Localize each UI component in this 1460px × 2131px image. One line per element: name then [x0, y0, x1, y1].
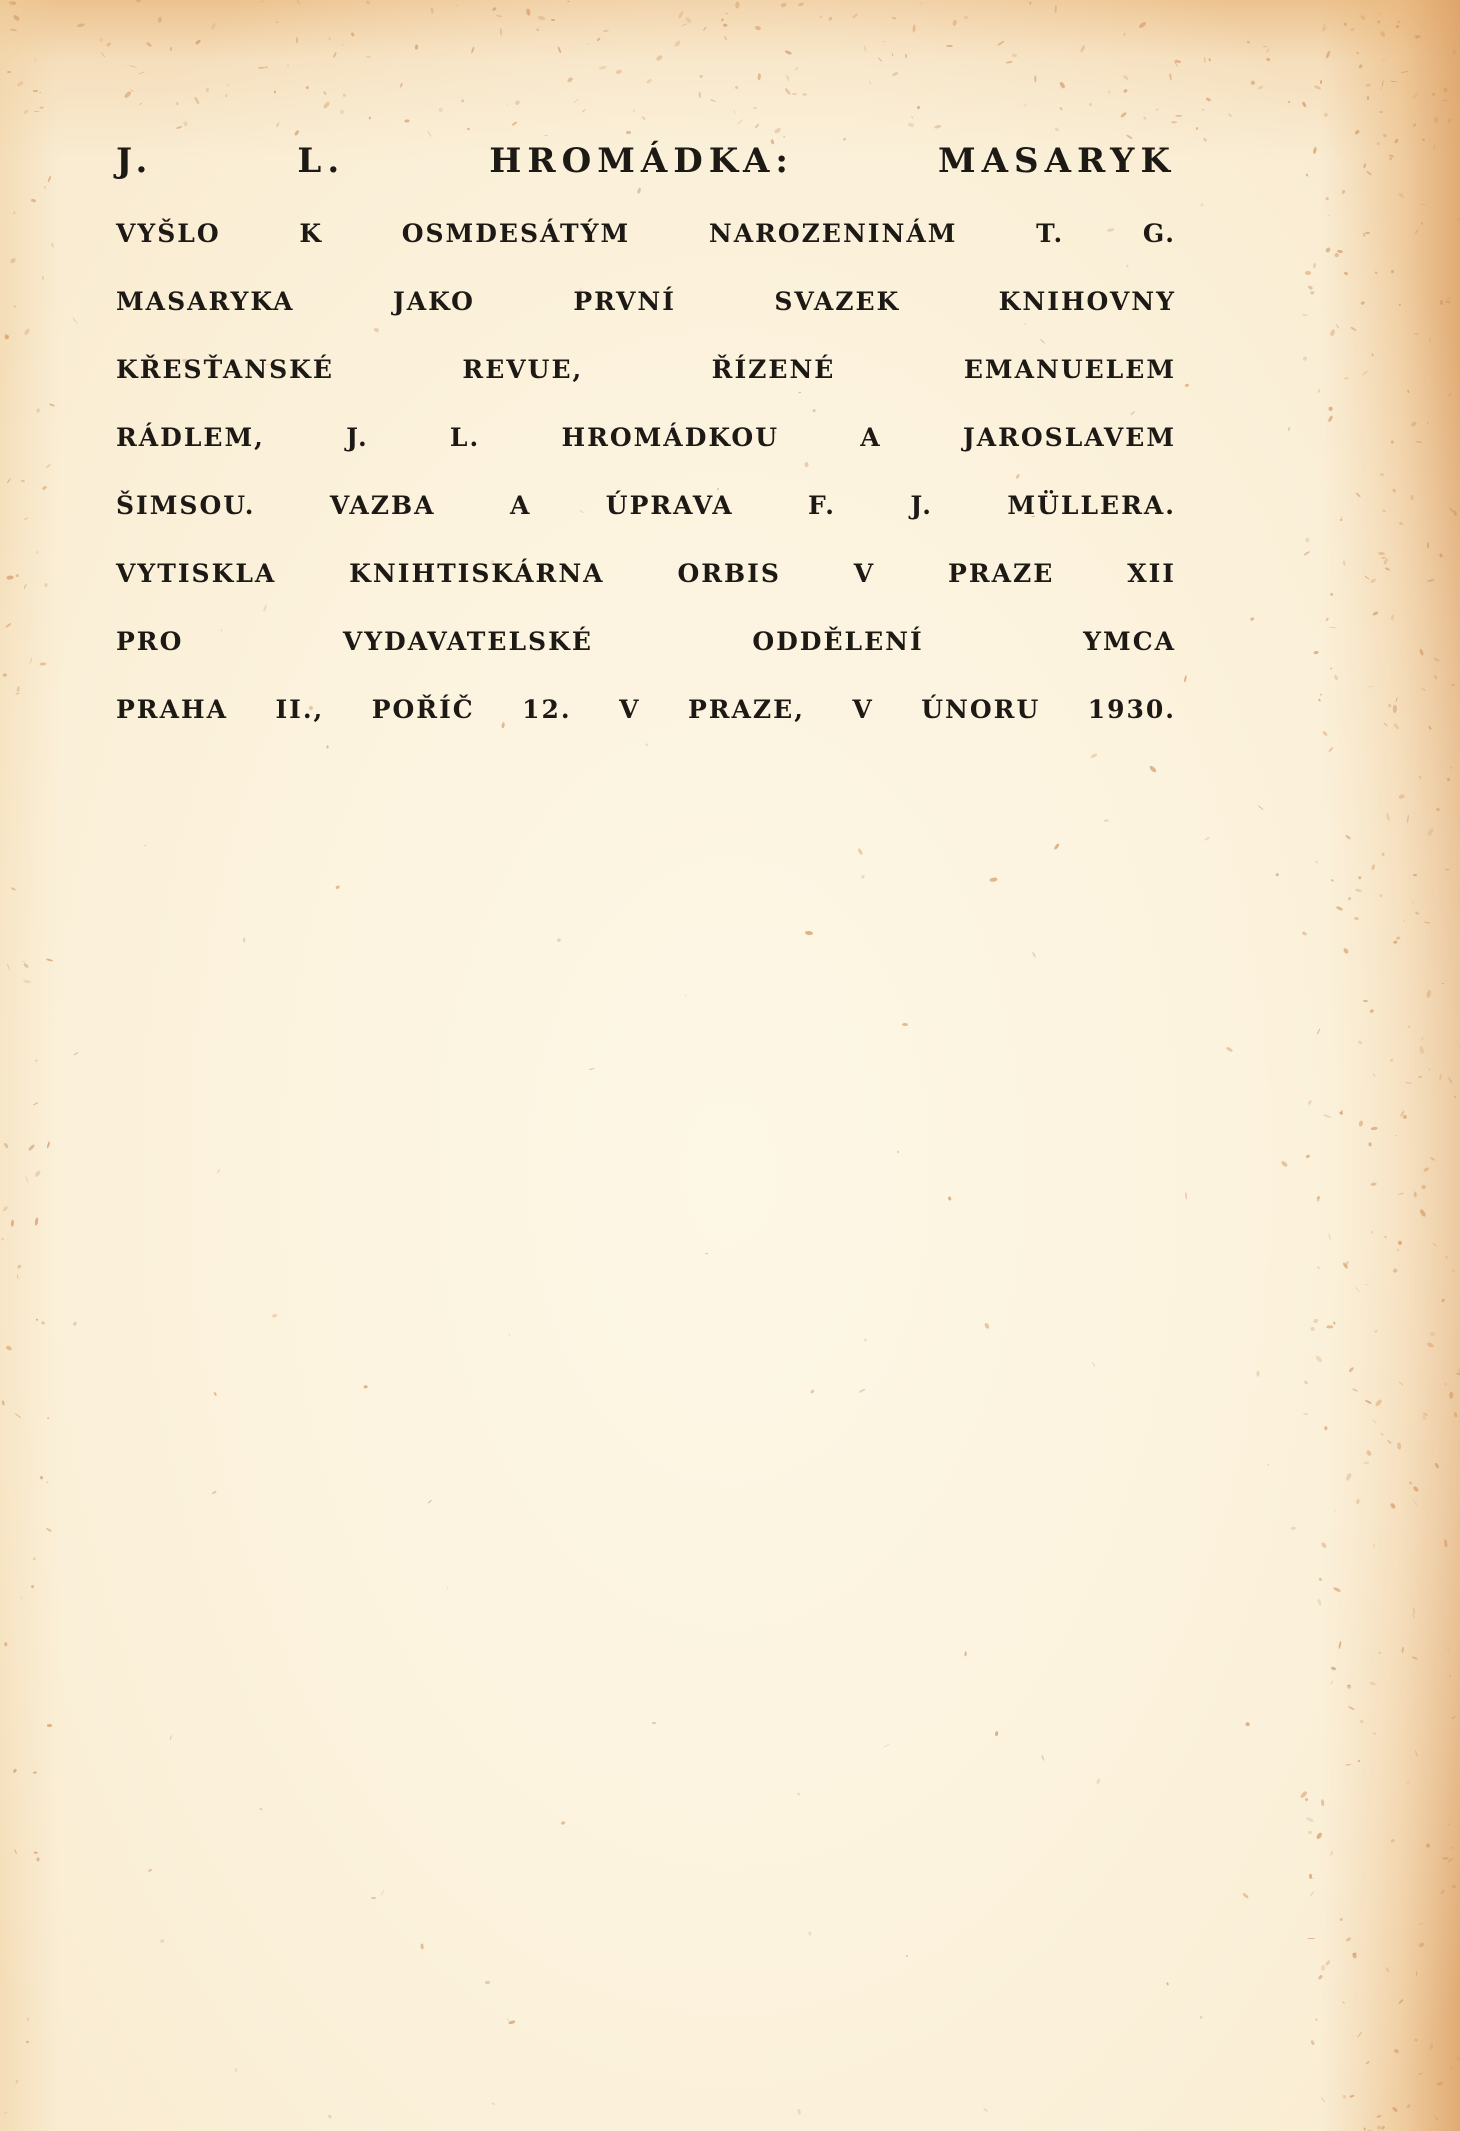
- colophon: J. L. HROMÁDKA: MASARYK VYŠLO K OSMDESÁT…: [116, 128, 1176, 744]
- colophon-line: RÁDLEM, J. L. HROMÁDKOU A JAROSLAVEM: [116, 404, 1176, 472]
- colophon-line: ŠIMSOU. VAZBA A ÚPRAVA F. J. MÜLLERA.: [116, 472, 1176, 540]
- colophon-line: VYTISKLA KNIHTISKÁRNA ORBIS V PRAZE XII: [116, 540, 1176, 608]
- colophon-line: PRO VYDAVATELSKÉ ODDĚLENÍ YMCA: [116, 608, 1176, 676]
- colophon-line: KŘESŤANSKÉ REVUE, ŘÍZENÉ EMANUELEM: [116, 336, 1176, 404]
- colophon-line: PRAHA II., POŘÍČ 12. V PRAZE, V ÚNORU 19…: [116, 676, 1176, 744]
- colophon-line: MASARYKA JAKO PRVNÍ SVAZEK KNIHOVNY: [116, 268, 1176, 336]
- book-title-line: J. L. HROMÁDKA: MASARYK: [116, 128, 1176, 194]
- colophon-line: VYŠLO K OSMDESÁTÝM NAROZENINÁM T. G.: [116, 200, 1176, 268]
